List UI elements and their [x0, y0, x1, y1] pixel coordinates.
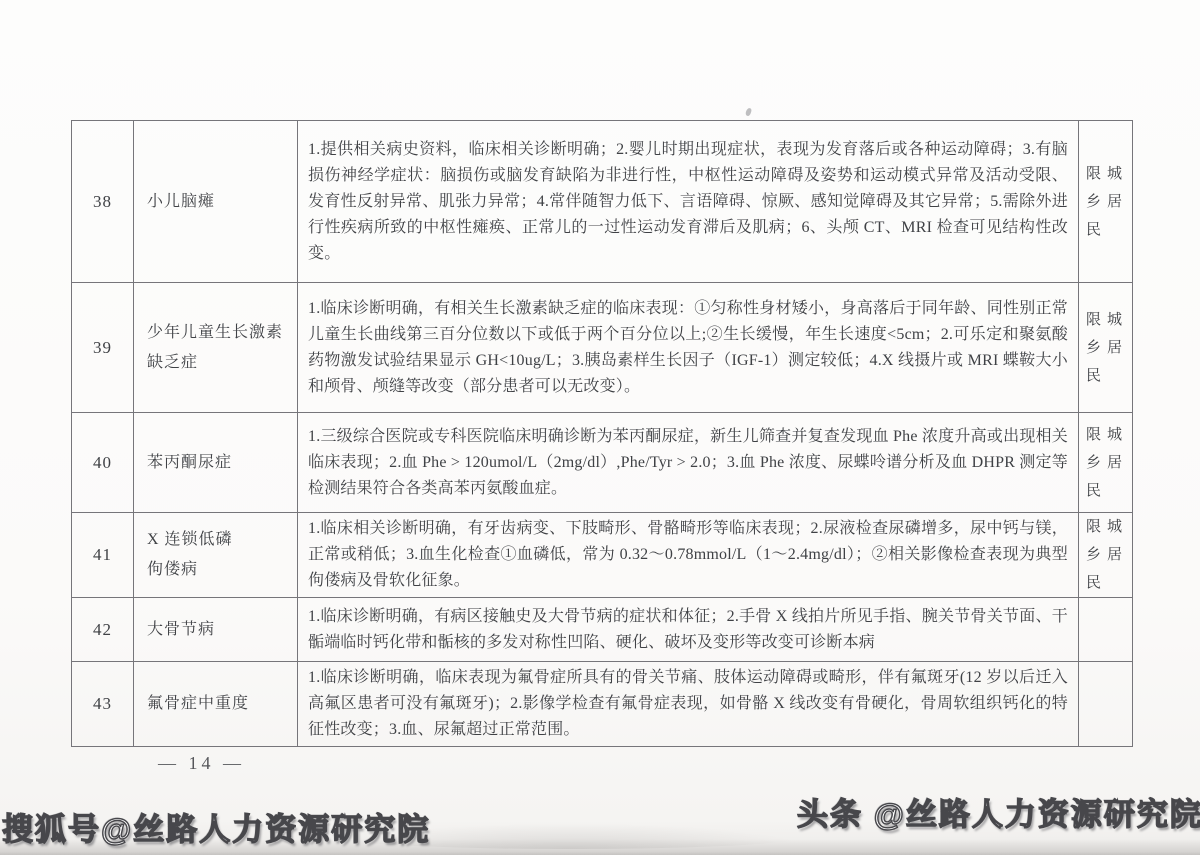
- table-row: 41 X 连锁低磷 佝偻病 1.临床相关诊断明确，有牙齿病变、下肢畸形、骨骼畸形…: [72, 513, 1133, 598]
- diagnostic-criteria: 1.临床相关诊断明确，有牙齿病变、下肢畸形、骨骼畸形等临床表现；2.尿液检查尿磷…: [298, 513, 1079, 598]
- diagnostic-criteria: 1.提供相关病史资料，临床相关诊断明确；2.婴儿时期出现症状，表现为发育落后或各…: [298, 121, 1079, 283]
- table-row: 39 少年儿童生长激素 缺乏症 1.临床诊断明确，有相关生长激素缺乏症的临床表现…: [72, 283, 1133, 413]
- page-number: — 14 —: [158, 753, 245, 774]
- row-number: 40: [72, 413, 134, 513]
- diagnostic-criteria: 1.临床诊断明确，有相关生长激素缺乏症的临床表现：①匀称性身材矮小，身高落后于同…: [298, 283, 1079, 413]
- diagnostic-criteria: 1.临床诊断明确，临床表现为氟骨症所具有的骨关节痛、肢体运动障碍或畸形，伴有氟斑…: [298, 662, 1079, 747]
- coverage-scope: 限城乡居民: [1079, 513, 1133, 598]
- row-number: 38: [72, 121, 134, 283]
- coverage-scope: 限城乡居民: [1079, 121, 1133, 283]
- table-row: 38 小儿脑瘫 1.提供相关病史资料，临床相关诊断明确；2.婴儿时期出现症状，表…: [72, 121, 1133, 283]
- diagnostic-criteria: 1.三级综合医院或专科医院临床明确诊断为苯丙酮尿症，新生儿筛查并复查发现血 Ph…: [298, 413, 1079, 513]
- row-number: 43: [72, 662, 134, 747]
- disease-name: 少年儿童生长激素 缺乏症: [134, 283, 298, 413]
- disease-name: 小儿脑瘫: [134, 121, 298, 283]
- watermark-souhu: 搜狐号@丝路人力资源研究院: [2, 804, 430, 849]
- row-number: 42: [72, 598, 134, 662]
- scan-speck: [745, 107, 752, 116]
- coverage-scope: 限城乡居民: [1079, 283, 1133, 413]
- disease-name: 氟骨症中重度: [134, 662, 298, 747]
- disease-name: X 连锁低磷 佝偻病: [134, 513, 298, 598]
- table-row: 40 苯丙酮尿症 1.三级综合医院或专科医院临床明确诊断为苯丙酮尿症，新生儿筛查…: [72, 413, 1133, 513]
- disease-name: 大骨节病: [134, 598, 298, 662]
- table-row: 42 大骨节病 1.临床诊断明确，有病区接触史及大骨节病的症状和体征；2.手骨 …: [72, 598, 1133, 662]
- coverage-scope: [1079, 662, 1133, 747]
- coverage-scope: 限城乡居民: [1079, 413, 1133, 513]
- coverage-scope: [1079, 598, 1133, 662]
- disease-name: 苯丙酮尿症: [134, 413, 298, 513]
- table-row: 43 氟骨症中重度 1.临床诊断明确，临床表现为氟骨症所具有的骨关节痛、肢体运动…: [72, 662, 1133, 747]
- row-number: 39: [72, 283, 134, 413]
- disease-criteria-table: 38 小儿脑瘫 1.提供相关病史资料，临床相关诊断明确；2.婴儿时期出现症状，表…: [71, 120, 1133, 747]
- diagnostic-criteria: 1.临床诊断明确，有病区接触史及大骨节病的症状和体征；2.手骨 X 线拍片所见手…: [298, 598, 1079, 662]
- row-number: 41: [72, 513, 134, 598]
- watermark-toutiao: 头条 @丝路人力资源研究院: [797, 789, 1200, 834]
